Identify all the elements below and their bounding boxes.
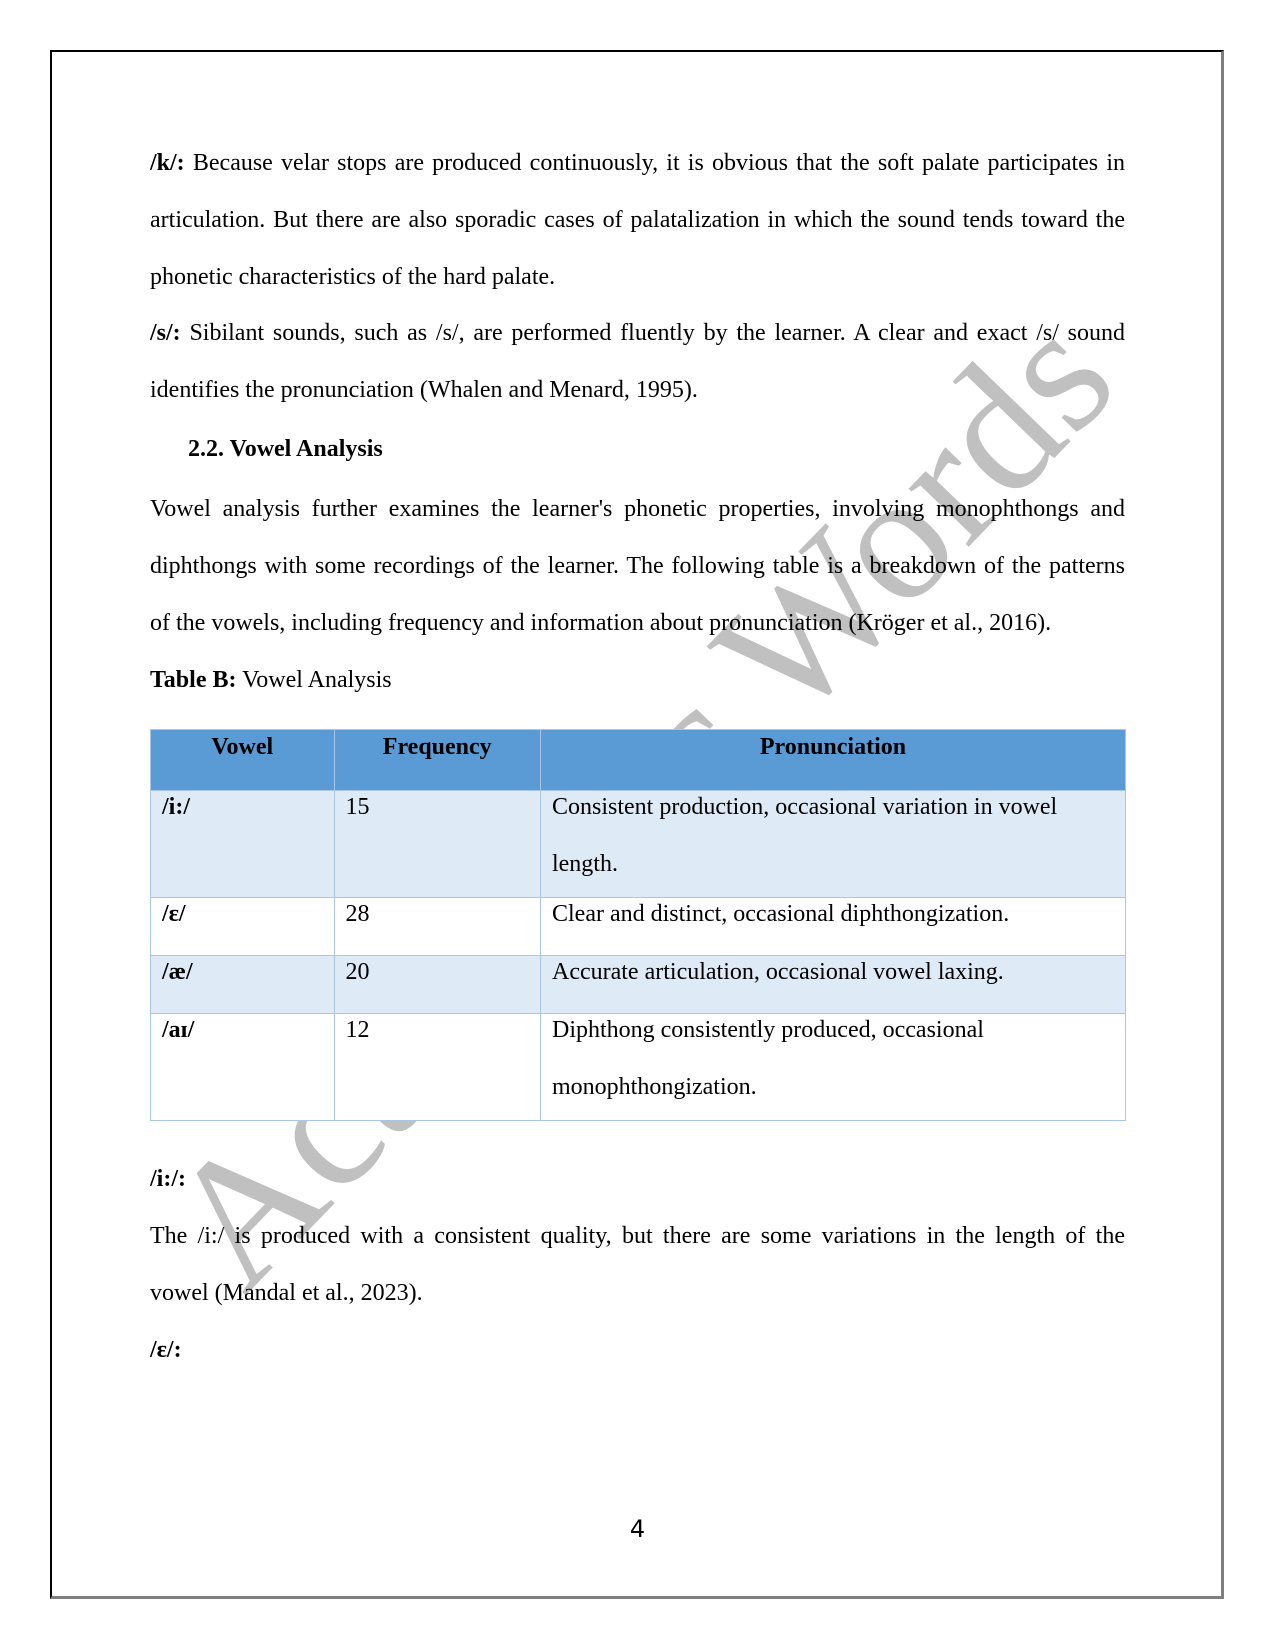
phoneme-label-s: /s/: [150, 320, 181, 346]
table-caption-label: Table B: [150, 667, 236, 693]
phoneme-label-e: /ɛ/: [150, 1335, 1125, 1365]
cell-frequency: 15 [334, 791, 540, 898]
paragraph-s-line-1: /s/: Sibilant sounds, such as /s/, are p… [150, 318, 1125, 348]
paragraph-s-line-2: identifies the pronunciation (Whalen and… [150, 375, 1125, 405]
table-row: /i:/ 15 Consistent production, occasiona… [151, 791, 1126, 898]
cell-vowel: /i:/ [151, 791, 335, 898]
intro-line-2: diphthongs with some recordings of the l… [150, 551, 1125, 581]
paragraph-k-line-1: /k/: Because velar stops are produced co… [150, 148, 1125, 178]
phoneme-label-k: /k/: [150, 150, 185, 176]
section-heading: 2.2. Vowel Analysis [188, 434, 1163, 464]
paragraph-k-line-2: articulation. But there are also sporadi… [150, 205, 1125, 235]
intro-line-1: Vowel analysis further examines the lear… [150, 494, 1125, 524]
cell-pronunciation: Consistent production, occasional variat… [540, 791, 1125, 898]
table-caption: Table B: Vowel Analysis [150, 665, 1125, 695]
cell-pronunciation: Diphthong consistently produced, occasio… [540, 1014, 1125, 1121]
intro-line-3: of the vowels, including frequency and i… [150, 608, 1125, 638]
paragraph-k-line-3: phonetic characteristics of the hard pal… [150, 262, 1125, 292]
cell-vowel: /aɪ/ [151, 1014, 335, 1121]
vowel-analysis-table: Vowel Frequency Pronunciation /i:/ 15 Co… [150, 729, 1126, 1121]
table-row: /aɪ/ 12 Diphthong consistently produced,… [151, 1014, 1126, 1121]
phoneme-label-i: /i:/: [150, 1164, 1125, 1194]
page-number: 4 [0, 1515, 1275, 1543]
table-caption-title: Vowel Analysis [242, 667, 392, 693]
i-section-line-1: The /i:/ is produced with a consistent q… [150, 1221, 1125, 1251]
cell-frequency: 12 [334, 1014, 540, 1121]
i-section-line-2: vowel (Mandal et al., 2023). [150, 1278, 1125, 1308]
